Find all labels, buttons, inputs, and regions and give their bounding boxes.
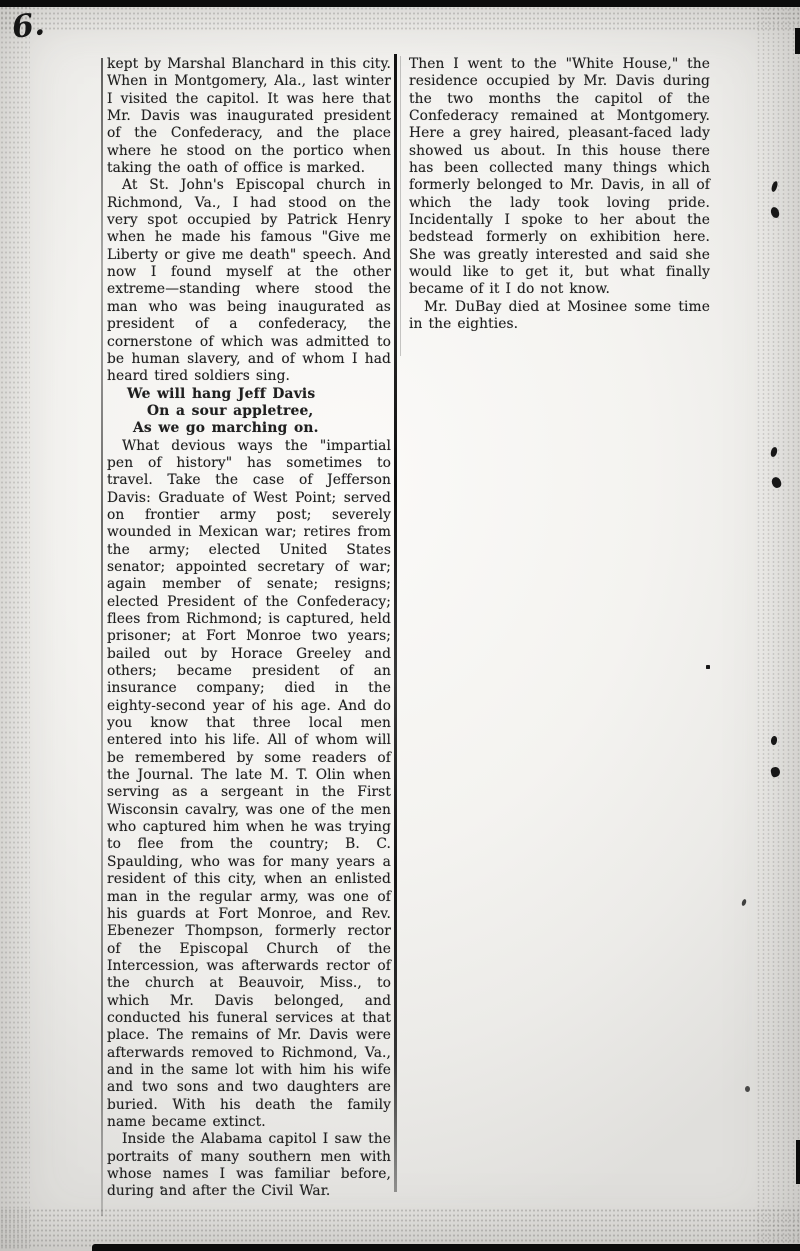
scan-noise-top	[0, 6, 800, 32]
paragraph-devious-ways: What devious ways the "impartial pen of …	[107, 438, 391, 1132]
poem-line-1: We will hang Jeff Davis	[107, 386, 391, 403]
ink-speck	[771, 736, 778, 746]
article-column-left: kept by Marshal Blanchard in this city. …	[107, 56, 391, 1201]
scan-noise-bottom	[0, 1208, 800, 1248]
ink-speck	[771, 476, 783, 489]
ink-speck	[770, 206, 779, 218]
column-divider-rule	[394, 54, 397, 1192]
ink-speck	[770, 447, 778, 458]
poem-verse: We will hang Jeff Davis On a sour applet…	[107, 386, 391, 438]
scan-noise-right	[756, 0, 800, 1251]
scanner-edge-right-upper	[795, 28, 800, 54]
column-rule-left	[101, 58, 103, 1216]
poem-line-2: On a sour appletree,	[107, 403, 391, 420]
scanner-edge-top	[0, 0, 800, 7]
scanner-edge-right-lower	[796, 1140, 800, 1184]
paragraph-continuation: kept by Marshal Blanchard in this city. …	[107, 56, 391, 177]
article-column-right: Then I went to the "White House," the re…	[409, 56, 710, 334]
poem-line-3: As we go marching on.	[107, 420, 391, 437]
ink-speck	[745, 1086, 750, 1092]
scan-noise-left	[0, 0, 30, 1251]
scanned-newspaper-page: 6. kept by Marshal Blanchard in this cit…	[0, 0, 800, 1251]
column-divider-echo	[400, 56, 401, 356]
ink-speck	[706, 665, 710, 669]
ink-speck	[770, 766, 781, 778]
scanner-edge-bottom	[92, 1244, 800, 1251]
paragraph-alabama-capitol: Inside the Alabama capitol I saw the por…	[107, 1131, 391, 1200]
paragraph-dubay: Mr. DuBay died at Mosinee some time in t…	[409, 299, 710, 334]
ink-speck	[771, 181, 779, 193]
page-number-annotation: 6.	[10, 6, 47, 46]
ink-speck	[741, 899, 747, 907]
paragraph-st-johns: At St. John's Episcopal church in Richmo…	[107, 177, 391, 385]
paragraph-white-house: Then I went to the "White House," the re…	[409, 56, 710, 299]
